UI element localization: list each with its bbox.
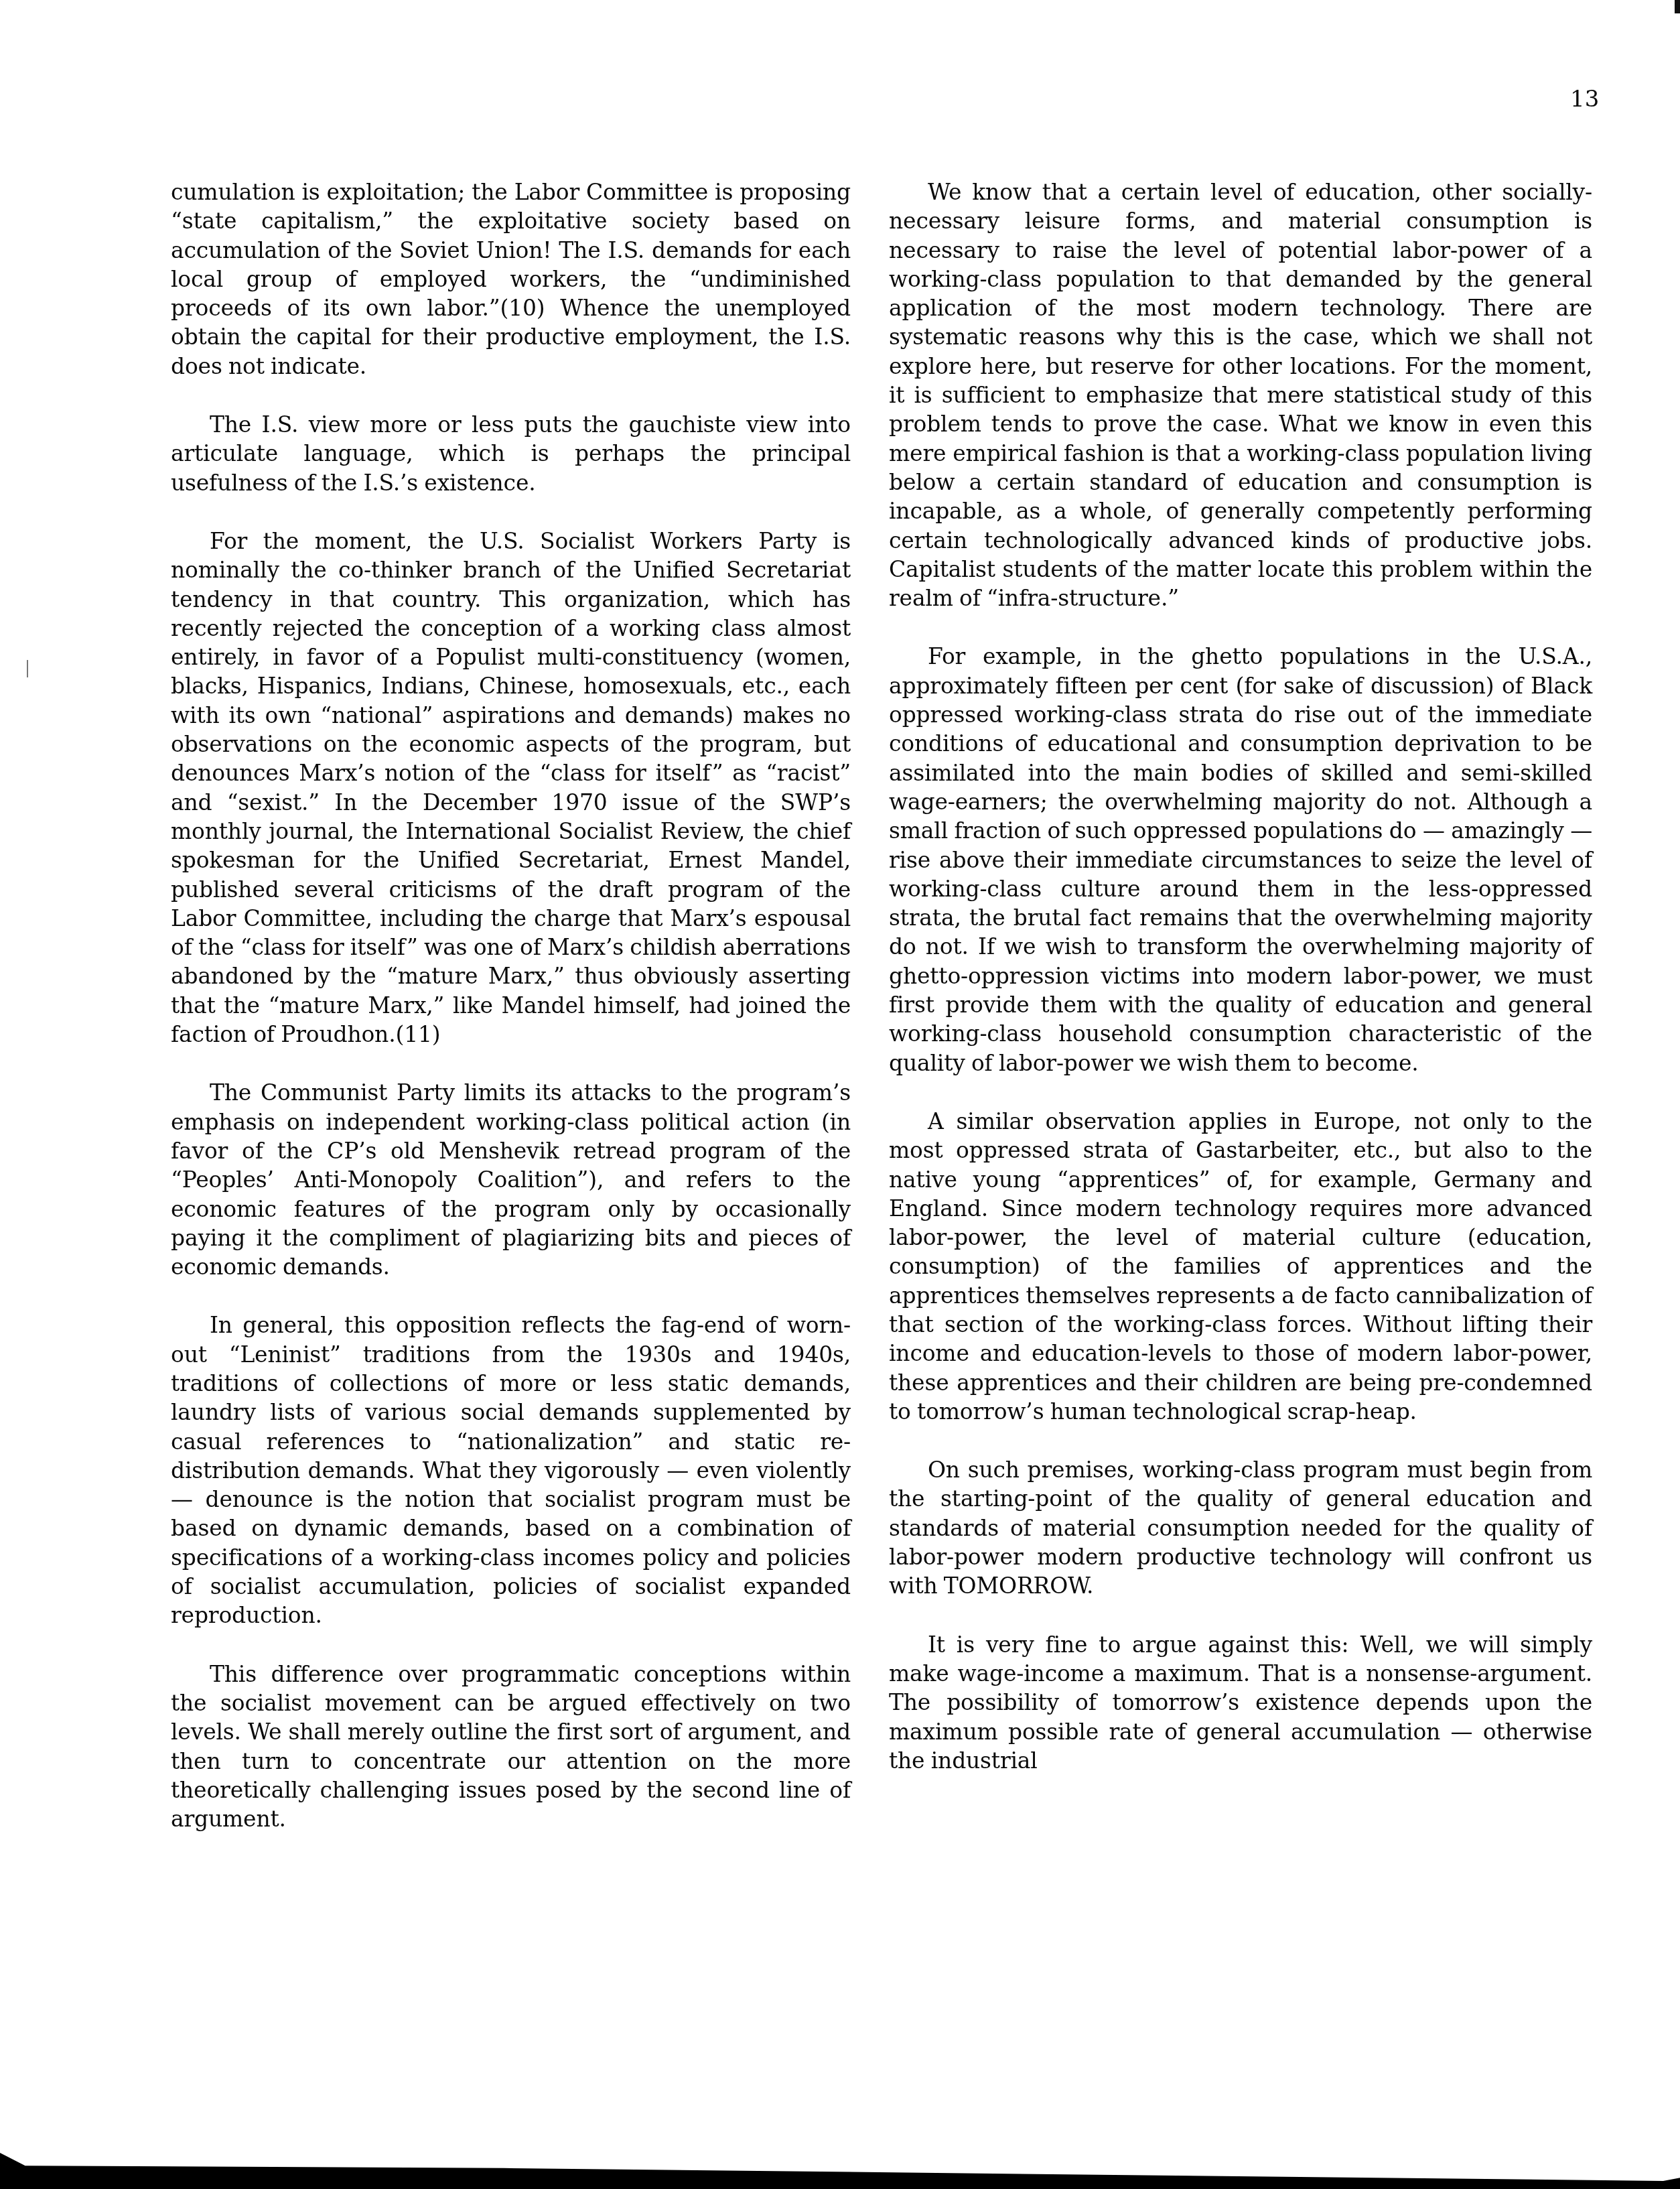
margin-scan-mark bbox=[27, 660, 28, 677]
paragraph: We know that a certain level of educatio… bbox=[889, 178, 1592, 612]
left-column: cumulation is exploitation; the Labor Co… bbox=[171, 178, 851, 1863]
paragraph: The I.S. view more or less puts the gauc… bbox=[171, 410, 851, 497]
paragraph-continued: cumulation is exploitation; the Labor Co… bbox=[171, 178, 851, 381]
paragraph: This difference over programmatic concep… bbox=[171, 1660, 851, 1834]
paragraph: For the moment, the U.S. Socialist Worke… bbox=[171, 527, 851, 1049]
paragraph-continues: It is very fine to argue against this: W… bbox=[889, 1630, 1592, 1775]
right-column: We know that a certain level of educatio… bbox=[889, 178, 1592, 1804]
scan-bottom-edge bbox=[0, 2149, 1680, 2189]
paragraph: The Communist Party limits its attacks t… bbox=[171, 1078, 851, 1281]
paragraph: In general, this opposition reflects the… bbox=[171, 1311, 851, 1630]
paragraph: On such premises, working-class program … bbox=[889, 1455, 1592, 1600]
corner-scan-mark bbox=[1675, 0, 1680, 13]
paragraph: A similar observation applies in Europe,… bbox=[889, 1107, 1592, 1426]
paragraph: For example, in the ghetto populations i… bbox=[889, 642, 1592, 1077]
page-number: 13 bbox=[1570, 86, 1599, 113]
